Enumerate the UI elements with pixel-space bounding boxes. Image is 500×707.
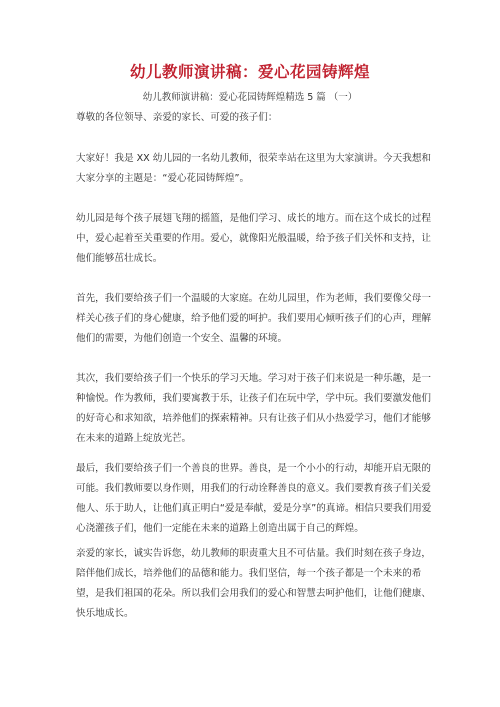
document-subtitle: 幼儿教师演讲稿：爱心花园铸辉煌精选 5 篇 （一） (0, 89, 500, 103)
salutation: 尊敬的各位领导、亲爱的家长、可爱的孩子们： (76, 108, 432, 128)
paragraph-greeting: 大家好！我是 XX 幼儿园的一名幼儿教师，很荣幸站在这里为大家演讲。今天我想和大… (76, 149, 432, 189)
paragraph-closing: 亲爱的家长，诚实告诉您，幼儿教师的职责重大且不可估量。我们时刻在孩子身边，陪伴他… (76, 544, 432, 624)
paragraph-last: 最后，我们要给孩子们一个善良的世界。善良，是一个小小的行动，却能开启无限的可能。… (76, 459, 432, 539)
document-title: 幼儿教师演讲稿：爱心花园铸辉煌 (0, 60, 500, 82)
paragraph-intro: 幼儿园是每个孩子展翅飞翔的摇篮，是他们学习、成长的地方。而在这个成长的过程中，爱… (76, 209, 432, 269)
paragraph-first: 首先，我们要给孩子们一个温暖的大家庭。在幼儿园里，作为老师，我们要像父母一样关心… (76, 289, 432, 349)
paragraph-second: 其次，我们要给孩子们一个快乐的学习天地。学习对于孩子们来说是一种乐趣，是一种愉悦… (76, 369, 432, 449)
